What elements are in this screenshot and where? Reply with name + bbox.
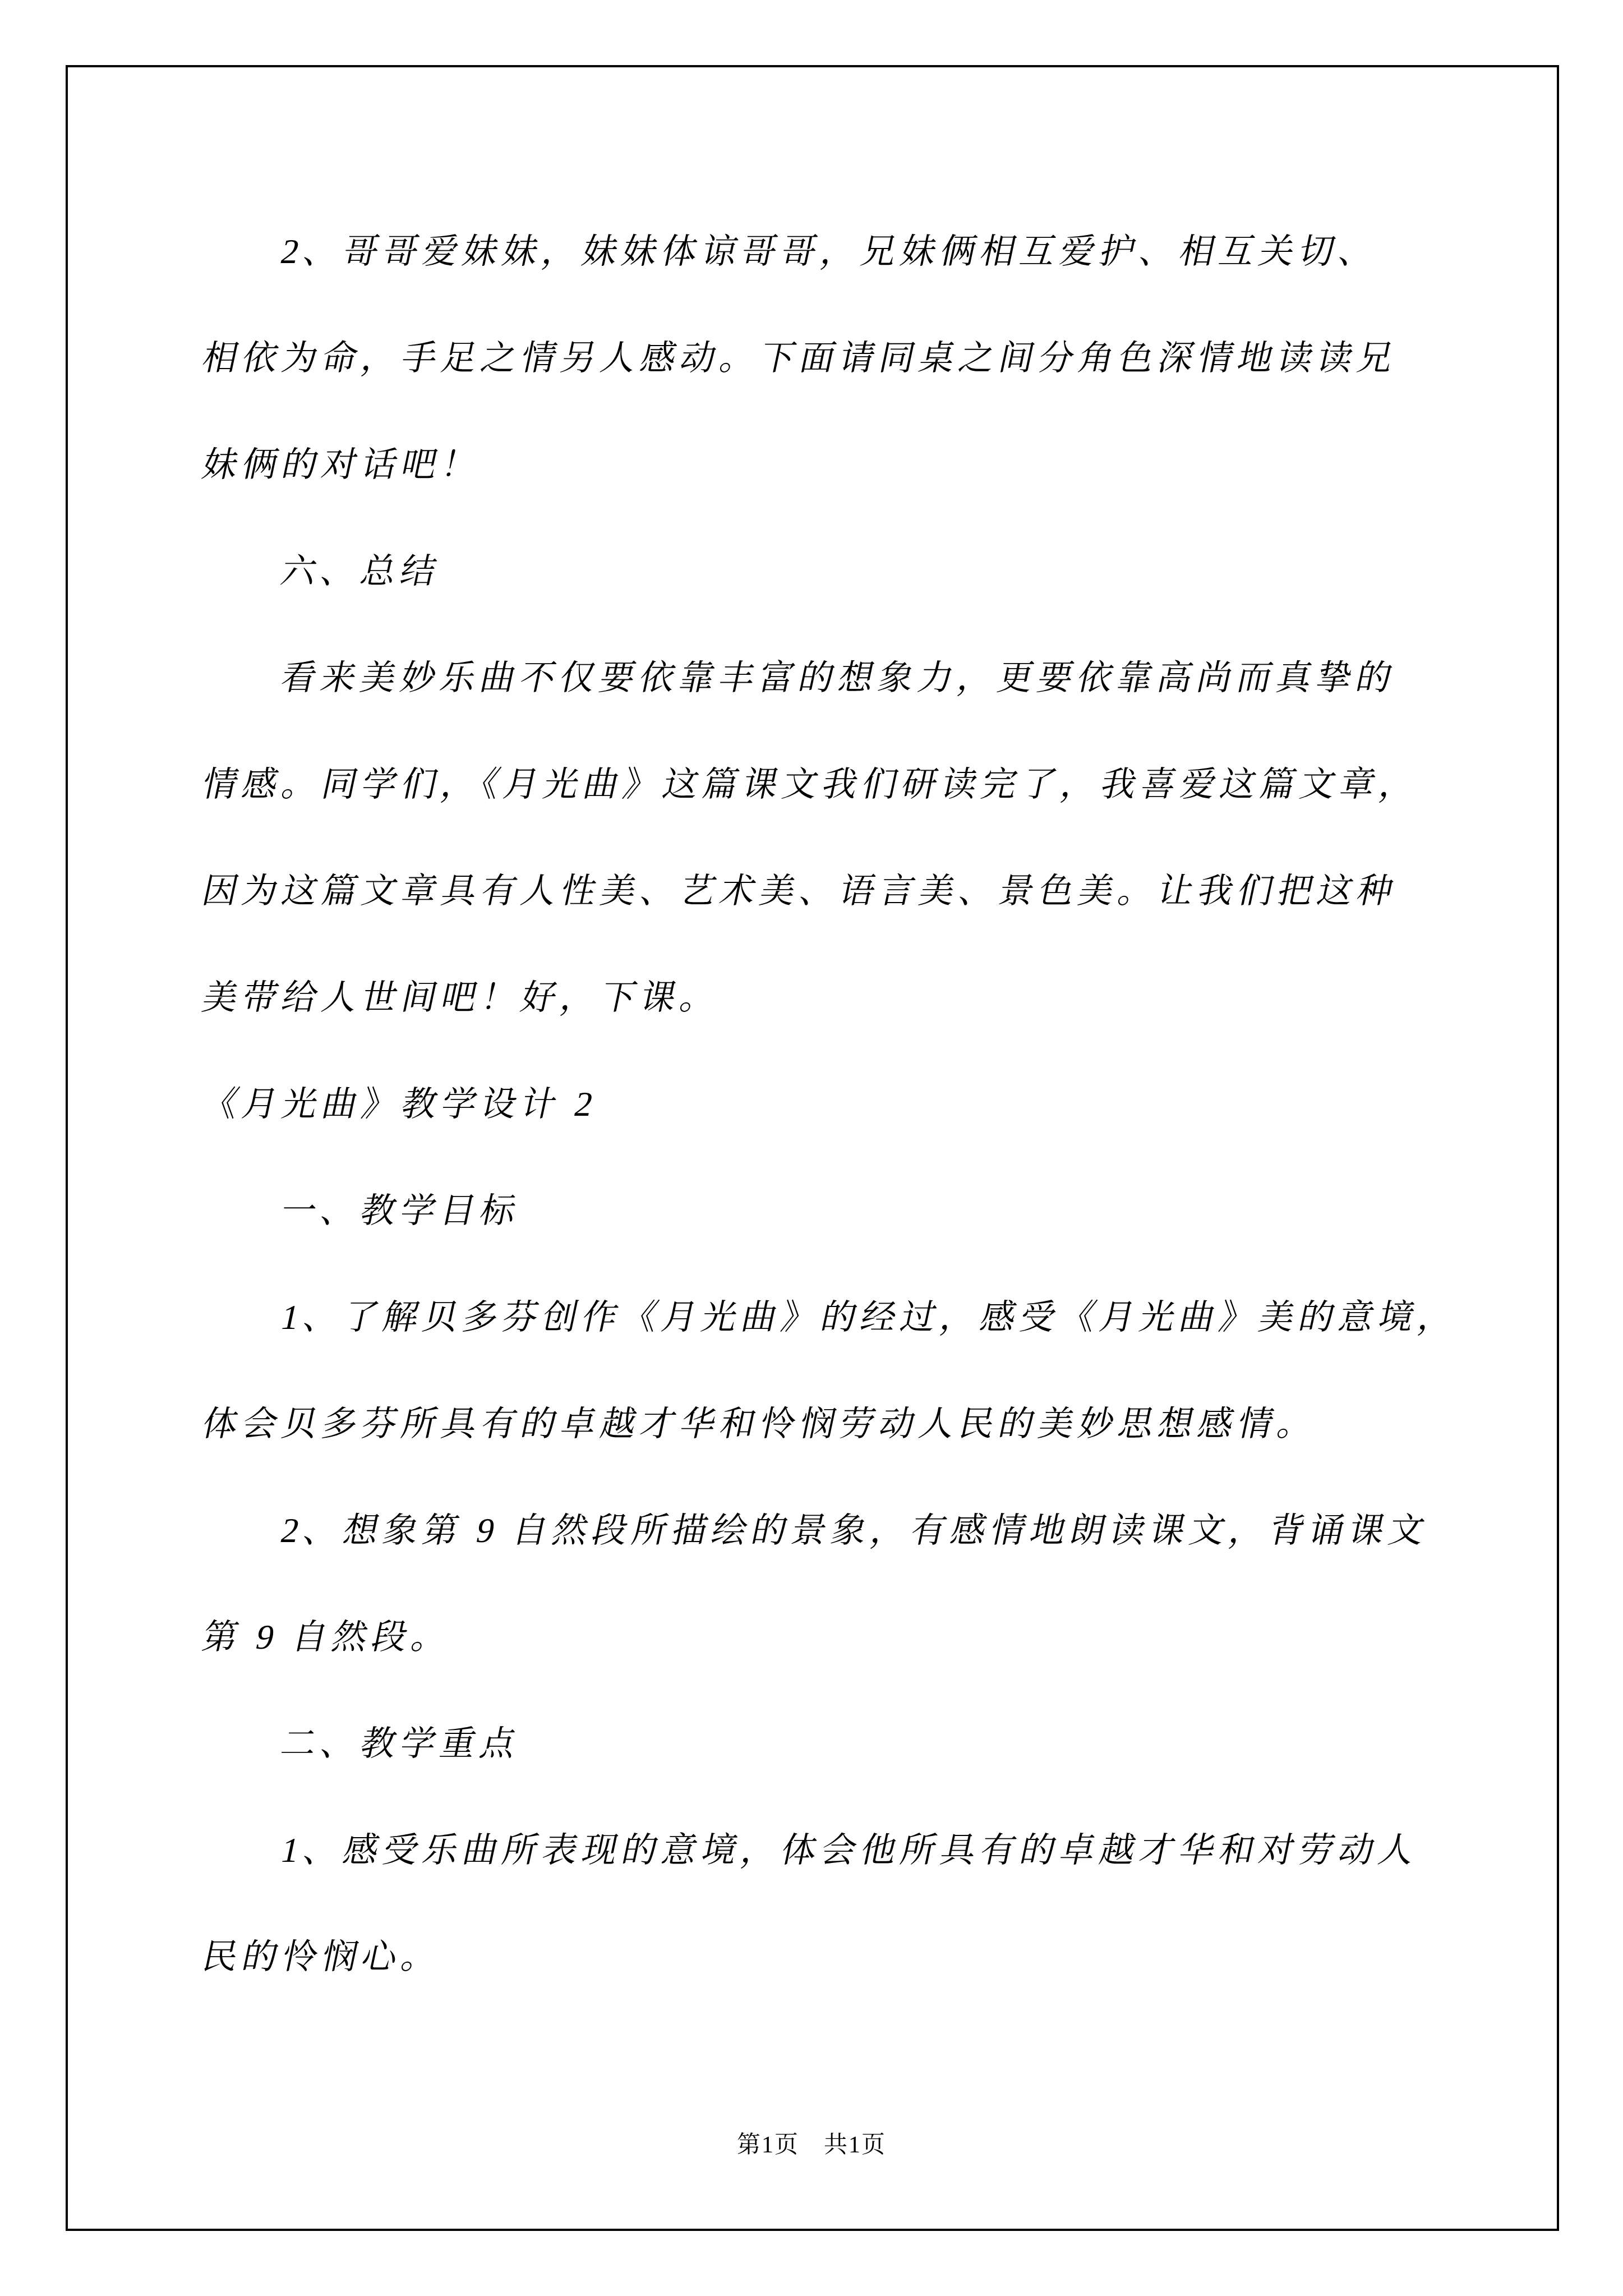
text-line: 2、哥哥爱妹妹，妹妹体谅哥哥，兄妹俩相互爱护、相互关切、 [192, 199, 1392, 305]
text-line: 美带给人世间吧！好，下课。 [192, 945, 1392, 1051]
section-heading: 二、教学重点 [192, 1691, 1392, 1797]
section-heading: 六、总结 [192, 518, 1392, 625]
text-line: 看来美妙乐曲不仅要依靠丰富的想象力，更要依靠高尚而真挚的 [192, 625, 1392, 731]
text-line: 民的怜悯心。 [192, 1904, 1392, 2010]
text-line: 体会贝多芬所具有的卓越才华和怜悯劳动人民的美妙思想感情。 [192, 1371, 1392, 1478]
text-line: 1、了解贝多芬创作《月光曲》的经过，感受《月光曲》美的意境， [192, 1264, 1392, 1371]
document-body: 2、哥哥爱妹妹，妹妹体谅哥哥，兄妹俩相互爱护、相互关切、 相依为命，手足之情另人… [201, 199, 1378, 2010]
text-line: 1、感受乐曲所表现的意境，体会他所具有的卓越才华和对劳动人 [192, 1797, 1392, 1904]
page-footer: 第1页 共1页 [0, 2128, 1623, 2162]
text-line: 情感。同学们，《月光曲》这篇课文我们研读完了，我喜爱这篇文章， [192, 731, 1392, 838]
text-line: 妹俩的对话吧！ [192, 412, 1392, 518]
section-heading: 一、教学目标 [192, 1158, 1392, 1264]
text-line: 因为这篇文章具有人性美、艺术美、语言美、景色美。让我们把这种 [192, 838, 1392, 945]
text-line: 2、想象第 9 自然段所描绘的景象，有感情地朗读课文，背诵课文 [192, 1478, 1392, 1584]
text-line: 第 9 自然段。 [192, 1584, 1392, 1691]
document-title: 《月光曲》教学设计 2 [192, 1051, 1392, 1158]
text-line: 相依为命，手足之情另人感动。下面请同桌之间分角色深情地读读兄 [192, 305, 1392, 412]
